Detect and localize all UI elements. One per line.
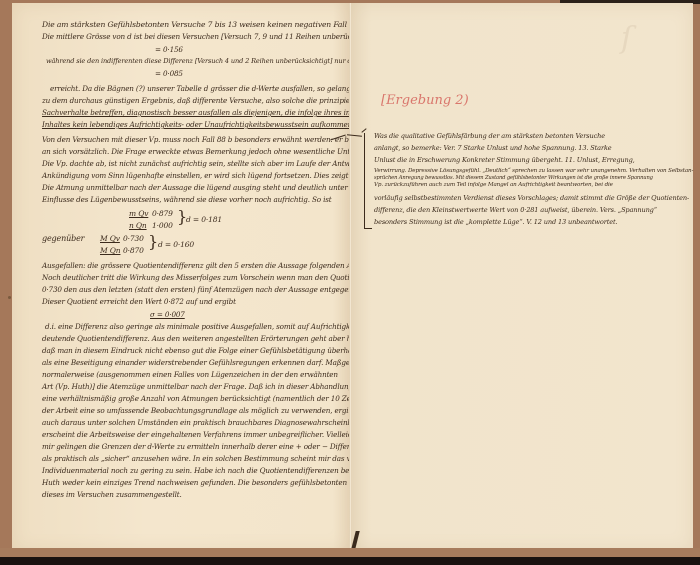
text-line: zu dem durchaus günstigen Ergebnis, daß … <box>42 97 399 104</box>
right-page: ſ [Ergebung 2) Was die qualitative Gefüh… <box>351 3 693 551</box>
text-line: Die Atmung unmittelbar nach der Aussage … <box>42 184 365 191</box>
text-line: als praktisch als „sicher“ anzusehen wär… <box>42 455 388 462</box>
text-line: Dieser Quotient erreicht den Wert 0·872 … <box>42 298 236 305</box>
text-line: Die am stärksten Gefühlsbetonten Versuch… <box>42 21 363 29</box>
gegenueber-label: gegenüber <box>42 235 84 243</box>
text-line: Huth weder kein einziges Trend nachweise… <box>42 479 383 486</box>
margin-mark <box>8 296 11 299</box>
text-line: Art (Vp. Huth)] die Atemzüge unmittelbar… <box>42 383 353 390</box>
text-line: Die Vp. dachte ab, ist nicht zunächst au… <box>42 160 380 167</box>
note-line: Verwirrung. Depressive Lösungsgefühl. „D… <box>374 169 693 175</box>
note-line: vorläufig selbstbestimmten Verdienst die… <box>374 195 689 202</box>
text-line: dieses im Versuchen zusammengestellt. <box>42 491 182 498</box>
text-line: Einflusse des Lügenbewusstseins, während… <box>42 196 332 203</box>
formula-value: 0·870 <box>123 247 144 255</box>
text-line: normalerweise (ausgenommen einen Falles … <box>42 371 338 378</box>
text-line-underlined: Sachverhalte betreffen, diagnostisch bes… <box>42 109 389 116</box>
text-line: mir gelingen die Grenzen der d-Werte zu … <box>42 443 362 450</box>
note-line: differenz, die den Kleinstwertwerte Wert… <box>374 207 657 214</box>
text-line: Individuenmaterial noch zu gering zu sei… <box>42 467 365 474</box>
note-line: Unlust die in Erschwerung Konkreter Stim… <box>374 157 635 164</box>
manuscript-spread: Die am stärksten Gefühlsbetonten Versuch… <box>12 3 694 551</box>
formula-lhs: n Qn <box>129 222 147 230</box>
formula-value: σ = 0·007 <box>150 311 185 318</box>
text-line: d.i. eine Differenz also geringe als min… <box>45 323 375 330</box>
note-line: Vp. zurückzuführen auch zum Teil infolge… <box>374 183 613 189</box>
insertion-bracket <box>364 228 372 229</box>
text-line: daß man in diesem Eindruck nicht ebenso … <box>42 347 364 354</box>
text-line: Ausgefallen: die grössere Quotientendiff… <box>42 262 388 269</box>
formula-lhs: m Qv <box>129 210 148 218</box>
note-line: sprüchen Anregung bewusstlos. Mit diesem… <box>374 176 653 181</box>
text-line: eine verhältnismäßig große Anzahl von At… <box>42 395 373 402</box>
formula-difference: d = 0·160 <box>158 241 194 249</box>
note-line: anlangt, so bemerke: Ver. 7 Starke Unlus… <box>374 145 612 152</box>
note-line: Was die qualitative Gefühlsfärbung der a… <box>374 133 605 140</box>
text-line: auch daraus unter solchen Umständen ein … <box>42 419 396 426</box>
formula-lhs: M Qn <box>100 247 120 255</box>
formula-difference: d = 0·181 <box>186 216 222 224</box>
text-line: als eine Beseitigung einander widerstreb… <box>42 359 398 366</box>
text-line: Die mittlere Grösse von d ist bei diesen… <box>42 33 385 40</box>
text-line: 0·730 den aus den letzten (statt den ers… <box>42 286 372 293</box>
formula-value: 0·879 <box>152 210 173 218</box>
text-line: erscheint die Arbeitsweise der eingehalt… <box>42 431 393 438</box>
formula-lhs: M Qv <box>100 235 120 243</box>
formula-value: 0·730 <box>123 235 144 243</box>
bleed-through: ſ <box>621 21 632 56</box>
left-page: Die am stärksten Gefühlsbetonten Versuch… <box>12 3 350 551</box>
text-line: erreicht. Da die Bägnen (?) unserer Tabe… <box>50 85 373 92</box>
formula-value: 1·000 <box>152 222 173 230</box>
text-line: deutende Quotientendifferenz. Aus den we… <box>42 335 371 342</box>
text-line: Noch deutlicher tritt die Wirkung des Mi… <box>42 274 398 281</box>
scan-edge-bottom <box>0 557 700 565</box>
text-line: während sie den indifferenten diese Diff… <box>46 58 377 65</box>
brace-icon: } <box>148 234 158 250</box>
text-line: Ankündigung vom Sinn lügenhafte einstell… <box>42 172 380 179</box>
note-line: besonders Stimmung ist die „komplette Lü… <box>374 219 617 226</box>
text-line: der Arbeit eine so umfassende Beobachtun… <box>42 407 372 414</box>
text-line-underlined: Inhaltes kein lebendiges Aufrichtigkeits… <box>42 121 378 128</box>
insertion-bracket <box>364 133 365 228</box>
formula-value: = 0·085 <box>155 70 183 77</box>
formula-value: = 0·156 <box>155 46 183 53</box>
red-annotation: [Ergebung 2) <box>381 93 469 108</box>
